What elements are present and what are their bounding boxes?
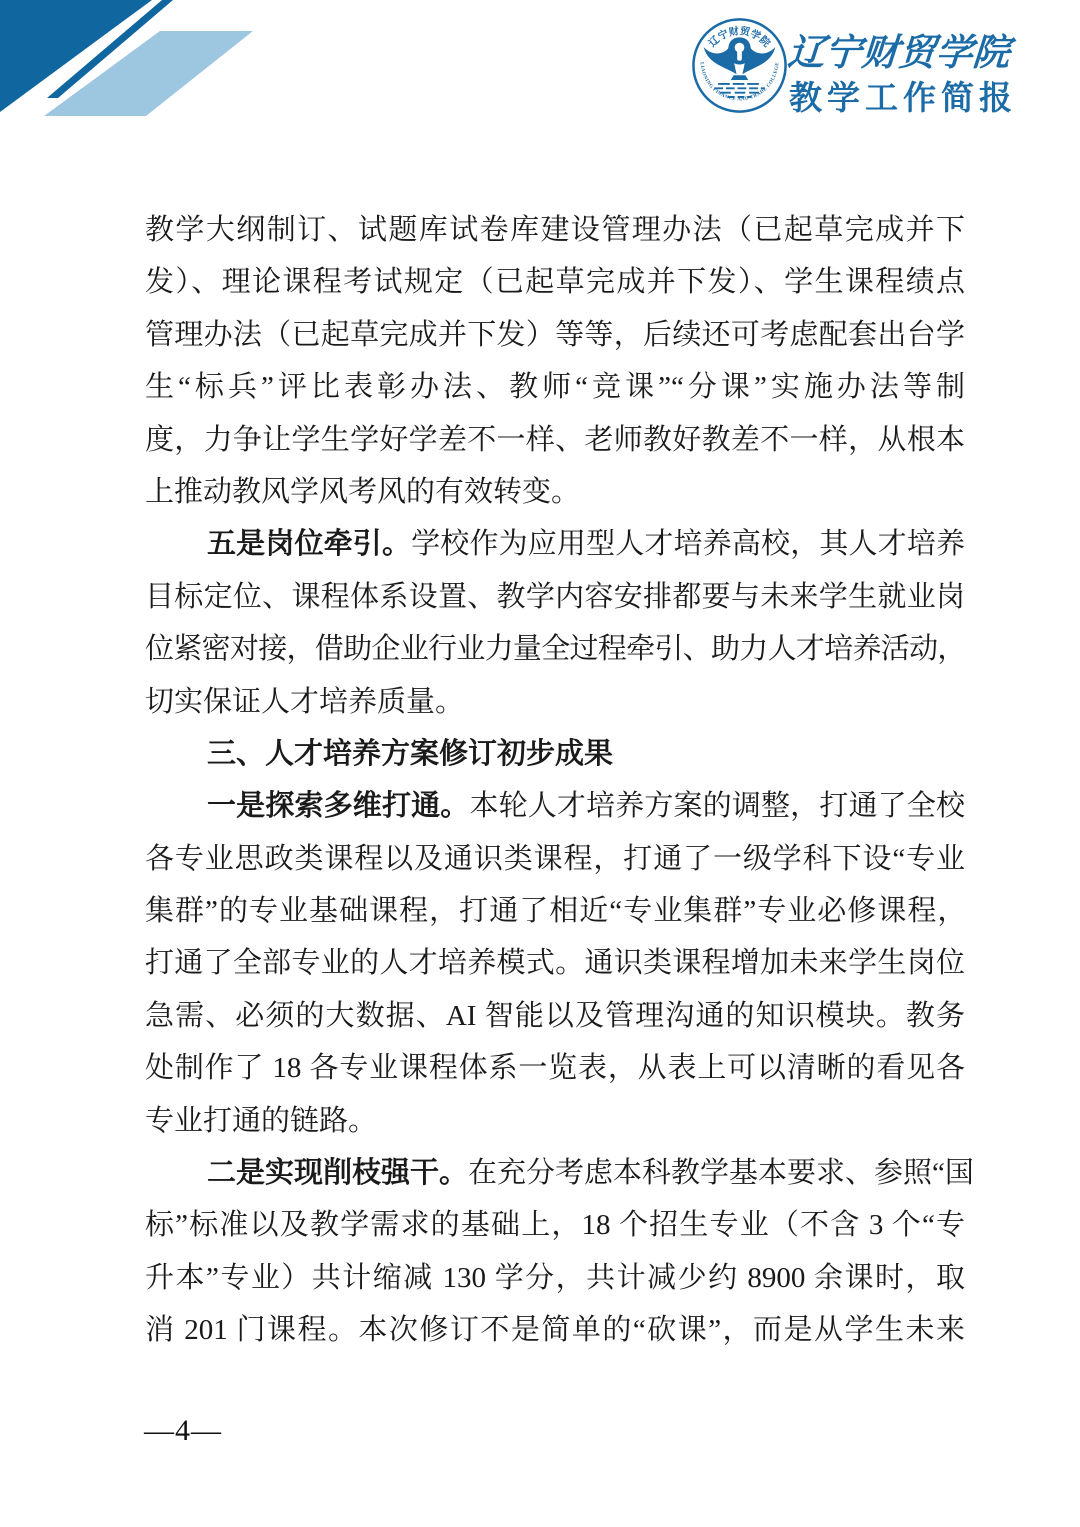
body-line: 目标定位、课程体系设置、教学内容安排都要与未来学生就业岗 — [145, 571, 965, 623]
body-text-segment: 在充分考虑本科教学基本要求、参照“国 — [468, 1157, 974, 1189]
bulletin-title: 教学工作简报 — [789, 72, 1019, 119]
body-line: 消 201 门课程。本次修订不是简单的“砍课”，而是从学生未来 — [145, 1304, 965, 1356]
body-text: 教学大纲制订、试题库试卷库建设管理办法（已起草完成并下发）、理论课程考试规定（已… — [145, 204, 965, 1357]
body-line: 三、人才培养方案修订初步成果 — [145, 728, 965, 780]
college-logo-icon: 辽宁财贸学院 LIAONING FINANCE AND TRADE COLLEG… — [691, 17, 788, 114]
header-stripes-decoration — [0, 0, 270, 130]
body-text-segment: 消 201 门课程。本次修订不是简单的“砍课”，而是从学生未来 — [145, 1314, 965, 1346]
body-text-segment: 各专业思政类课程以及通识类课程，打通了一级学科下设“专业 — [145, 843, 965, 875]
college-name-calligraphy: 辽宁财贸学院 — [786, 22, 1014, 76]
body-line: 生“标兵”评比表彰办法、教师“竞课”“分课”实施办法等制 — [145, 361, 965, 413]
logo-keyhole-slot — [737, 50, 742, 61]
document-page: 辽宁财贸学院 LIAONING FINANCE AND TRADE COLLEG… — [0, 0, 1080, 1527]
body-line: 管理办法（已起草完成并下发）等等，后续还可考虑配套出台学 — [145, 309, 965, 361]
body-line: 升本”专业）共计缩减 130 学分，共计减少约 8900 余课时，取 — [145, 1252, 965, 1304]
body-text-segment: 集群”的专业基础课程，打通了相近“专业集群”专业必修课程， — [145, 895, 965, 927]
body-text-segment: 生“标兵”评比表彰办法、教师“竞课”“分课”实施办法等制 — [145, 371, 965, 403]
body-text-segment: 发）、理论课程考试规定（已起草完成并下发）、学生课程绩点 — [145, 266, 965, 298]
bold-lead-text: 二是实现削枝强干。 — [207, 1157, 468, 1189]
body-line: 急需、必须的大数据、AI 智能以及管理沟通的知识模块。教务 — [145, 990, 965, 1042]
logo-boat-shape — [731, 75, 748, 80]
body-line: 度，力争让学生学好学差不一样、老师教好教差不一样，从根本 — [145, 414, 965, 466]
body-text-segment: 位紧密对接，借助企业行业力量全过程牵引、助力人才培养活动， — [145, 633, 965, 665]
body-text-segment: 切实保证人才培养质量。 — [145, 686, 464, 718]
body-text-segment: 学校作为应用型人才培养高校，其人才培养 — [411, 528, 965, 560]
body-text-segment: 升本”专业）共计缩减 130 学分，共计减少约 8900 余课时，取 — [145, 1262, 965, 1294]
body-text-segment: 上推动教风学风考风的有效转变。 — [145, 476, 580, 508]
body-line: 二是实现削枝强干。在充分考虑本科教学基本要求、参照“国 — [145, 1147, 965, 1199]
body-line: 打通了全部专业的人才培养模式。通识类课程增加未来学生岗位 — [145, 937, 965, 989]
body-line: 处制作了 18 各专业课程体系一览表，从表上可以清晰的看见各 — [145, 1042, 965, 1094]
body-text-segment: 教学大纲制订、试题库试卷库建设管理办法（已起草完成并下 — [145, 214, 965, 246]
body-text-segment: 打通了全部专业的人才培养模式。通识类课程增加未来学生岗位 — [145, 947, 965, 979]
body-text-segment: 本轮人才培养方案的调整，打通了全校 — [469, 790, 965, 822]
bold-lead-text: 一是探索多维打通。 — [207, 790, 469, 822]
page-number: —4— — [144, 1414, 222, 1448]
body-text-segment: 急需、必须的大数据、AI 智能以及管理沟通的知识模块。教务 — [145, 1000, 965, 1032]
body-line: 上推动教风学风考风的有效转变。 — [145, 466, 965, 518]
body-line: 切实保证人才培养质量。 — [145, 676, 965, 728]
body-text-segment: 标”标准以及教学需求的基础上，18 个招生专业（不含 3 个“专 — [145, 1209, 965, 1241]
bold-lead-text: 五是岗位牵引。 — [207, 528, 411, 560]
body-text-segment: 度，力争让学生学好学差不一样、老师教好教差不一样，从根本 — [145, 424, 965, 456]
body-line: 发）、理论课程考试规定（已起草完成并下发）、学生课程绩点 — [145, 256, 965, 308]
bold-lead-text: 三、人才培养方案修订初步成果 — [207, 738, 613, 770]
body-line: 各专业思政类课程以及通识类课程，打通了一级学科下设“专业 — [145, 833, 965, 885]
body-line: 一是探索多维打通。本轮人才培养方案的调整，打通了全校 — [145, 780, 965, 832]
body-line: 五是岗位牵引。学校作为应用型人才培养高校，其人才培养 — [145, 518, 965, 570]
body-line: 集群”的专业基础课程，打通了相近“专业集群”专业必修课程， — [145, 885, 965, 937]
body-text-segment: 处制作了 18 各专业课程体系一览表，从表上可以清晰的看见各 — [145, 1052, 965, 1084]
body-text-segment: 专业打通的链路。 — [145, 1105, 377, 1137]
body-line: 标”标准以及教学需求的基础上，18 个招生专业（不含 3 个“专 — [145, 1199, 965, 1251]
body-text-segment: 目标定位、课程体系设置、教学内容安排都要与未来学生就业岗 — [145, 581, 965, 613]
body-line: 教学大纲制订、试题库试卷库建设管理办法（已起草完成并下 — [145, 204, 965, 256]
body-line: 专业打通的链路。 — [145, 1095, 965, 1147]
body-text-segment: 管理办法（已起草完成并下发）等等，后续还可考虑配套出台学 — [145, 319, 965, 351]
body-line: 位紧密对接，借助企业行业力量全过程牵引、助力人才培养活动， — [145, 623, 965, 675]
